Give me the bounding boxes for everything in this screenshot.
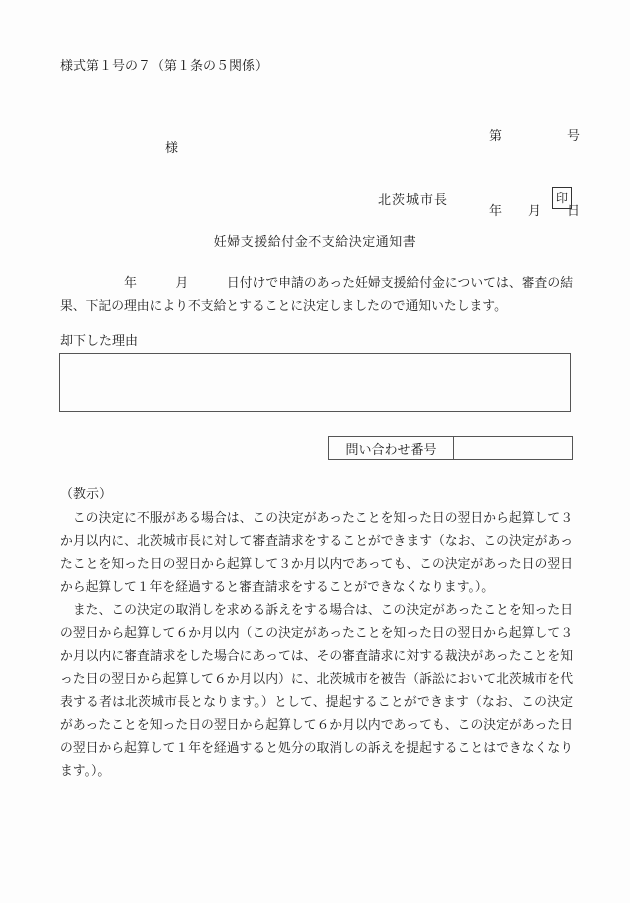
table-row: 問い合わせ番号 <box>329 437 573 460</box>
inquiry-number-table: 問い合わせ番号 <box>328 436 573 460</box>
addressee-row: 様 <box>60 137 178 155</box>
sender-row: 北茨城市長 印 <box>0 187 630 211</box>
form-number: 様式第１号の７（第１条の５関係） <box>60 55 268 74</box>
seal-placeholder-box: 印 <box>552 187 572 209</box>
inquiry-number-label-cell: 問い合わせ番号 <box>329 437 454 460</box>
sender-name: 北茨城市長 <box>378 189 448 208</box>
instructions-heading: （教示） <box>60 483 112 502</box>
document-page: 様式第１号の７（第１条の５関係） 第 号 年 月 日 様 北茨城市長 印 妊婦支… <box>0 0 630 903</box>
instructions-paragraph-2: また、この決定の取消しを求める訴えをする場合は、この決定があったことを知った日の… <box>60 599 573 783</box>
inquiry-number-value-cell <box>454 437 573 460</box>
rejection-reason-label: 却下した理由 <box>60 330 138 349</box>
document-title: 妊婦支援給付金不支給決定通知書 <box>0 231 630 250</box>
rejection-reason-box <box>59 353 571 412</box>
doc-number-line: 第 号 <box>489 123 580 148</box>
instructions-paragraph-1: この決定に不服がある場合は、この決定があったことを知った日の翌日から起算して３か… <box>60 507 573 599</box>
addressee-honorific: 様 <box>165 140 178 155</box>
body-paragraph: 年 月 日付けで申請のあった妊婦支援給付金については、審査の結果、下記の理由によ… <box>60 272 573 318</box>
addressee-name-blank <box>60 142 165 156</box>
